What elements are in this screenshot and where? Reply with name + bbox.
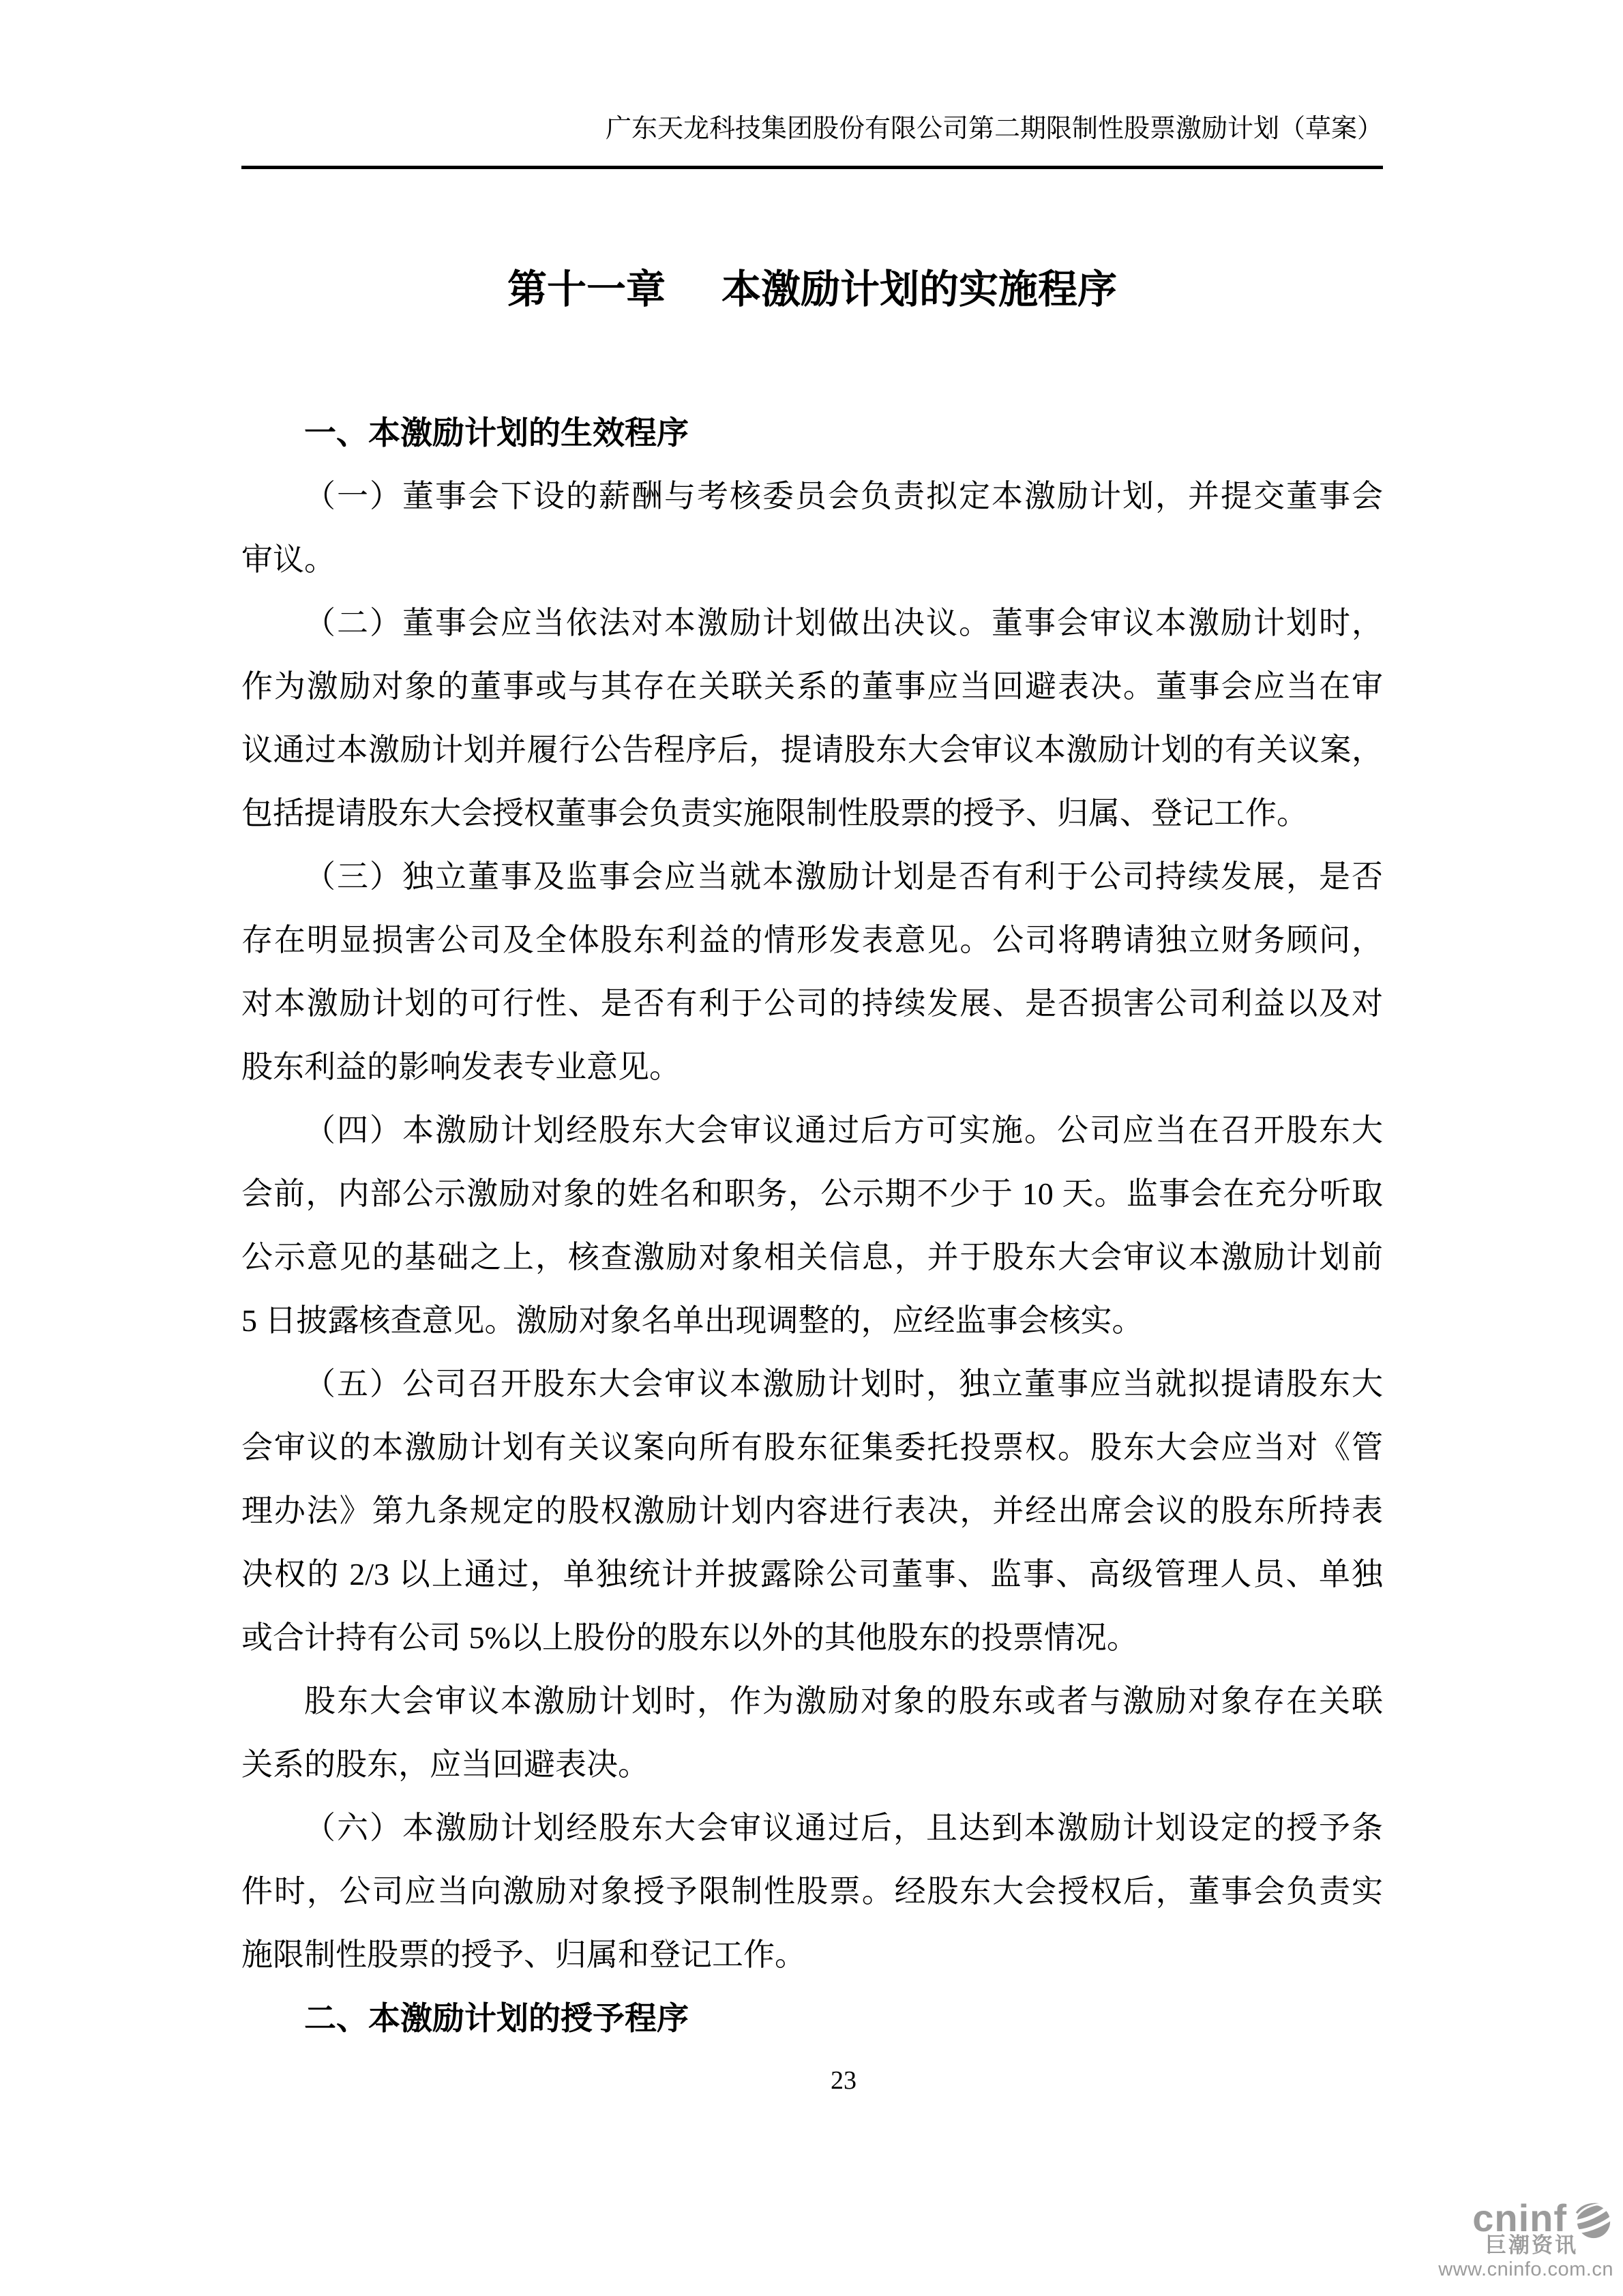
body-line: （三）独立董事及监事会应当就本激励计划是否有利于公司持续发展，是否 [241,845,1383,908]
body-line: 会审议的本激励计划有关议案向所有股东征集委托投票权。股东大会应当对《管 [241,1416,1383,1479]
running-header: 广东天龙科技集团股份有限公司第二期限制性股票激励计划（草案） [241,115,1383,143]
body-line: 审议。 [241,528,1383,591]
chapter-number: 第十一章 [507,267,666,312]
body-line: 会前，内部公示激励对象的姓名和职务，公示期不少于 10 天。监事会在充分听取 [241,1162,1383,1225]
body-line: （二）董事会应当依法对本激励计划做出决议。董事会审议本激励计划时， [241,591,1383,655]
section-heading: 二、本激励计划的授予程序 [241,1986,1383,2050]
cninfo-url: www.cninfo.com.cn [1438,2258,1613,2280]
body-line: （六）本激励计划经股东大会审议通过后，且达到本激励计划设定的授予条 [241,1796,1383,1860]
body-line: 对本激励计划的可行性、是否有利于公司的持续发展、是否损害公司利益以及对 [241,972,1383,1035]
cninfo-watermark: cninf 巨潮资讯 www.cninfo.com.cn [1438,2197,1613,2280]
body-line: 股东大会审议本激励计划时，作为激励对象的股东或者与激励对象存在关联 [241,1669,1383,1733]
body-line: 存在明显损害公司及全体股东利益的情形发表意见。公司将聘请独立财务顾问， [241,908,1383,972]
body-line: 股东利益的影响发表专业意见。 [241,1035,1383,1099]
document-body: 一、本激励计划的生效程序（一）董事会下设的薪酬与考核委员会负责拟定本激励计划，并… [241,401,1383,2050]
body-line: （一）董事会下设的薪酬与考核委员会负责拟定本激励计划，并提交董事会 [241,464,1383,528]
document-page: 广东天龙科技集团股份有限公司第二期限制性股票激励计划（草案） 第十一章本激励计划… [0,0,1623,2296]
chapter-title: 第十一章本激励计划的实施程序 [241,267,1383,312]
body-line: 关系的股东，应当回避表决。 [241,1733,1383,1796]
body-line: 决权的 2/3 以上通过，单独统计并披露除公司董事、监事、高级管理人员、单独 [241,1542,1383,1606]
header-rule [241,166,1383,169]
body-line: 件时，公司应当向激励对象授予限制性股票。经股东大会授权后，董事会负责实 [241,1860,1383,1923]
body-line: （四）本激励计划经股东大会审议通过后方可实施。公司应当在召开股东大 [241,1099,1383,1162]
body-line: 作为激励对象的董事或与其存在关联关系的董事应当回避表决。董事会应当在审 [241,655,1383,718]
body-line: 公示意见的基础之上，核查激励对象相关信息，并于股东大会审议本激励计划前 [241,1225,1383,1289]
page-number: 23 [273,2066,1414,2095]
section-heading: 一、本激励计划的生效程序 [241,401,1383,464]
cninfo-logo-text: cninf [1472,2198,1567,2239]
body-line: 5 日披露核查意见。激励对象名单出现调整的，应经监事会核实。 [241,1289,1383,1352]
body-line: 议通过本激励计划并履行公告程序后，提请股东大会审议本激励计划的有关议案， [241,718,1383,781]
cninfo-brand-name: 巨潮资讯 [1438,2234,1578,2257]
body-line: （五）公司召开股东大会审议本激励计划时，独立董事应当就拟提请股东大 [241,1352,1383,1416]
body-line: 理办法》第九条规定的股权激励计划内容进行表决，并经出席会议的股东所持表 [241,1479,1383,1542]
chapter-title-text: 本激励计划的实施程序 [721,267,1117,312]
body-line: 或合计持有公司 5%以上股份的股东以外的其他股东的投票情况。 [241,1606,1383,1669]
body-line: 包括提请股东大会授权董事会负责实施限制性股票的授予、归属、登记工作。 [241,781,1383,845]
body-line: 施限制性股票的授予、归属和登记工作。 [241,1923,1383,1986]
